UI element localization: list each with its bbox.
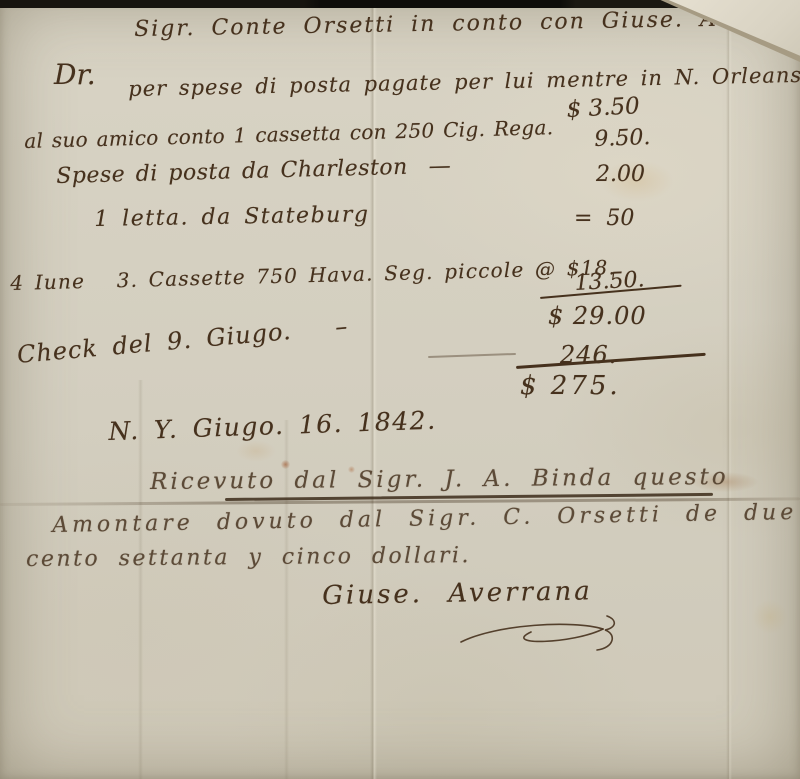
receipt-line: cento settanta y cinco dollari. <box>26 544 471 572</box>
vertical-fold-crease <box>370 0 377 779</box>
entry-amount: $ 3.50 <box>566 94 640 123</box>
vertical-fold-crease <box>726 0 732 779</box>
entry-description: Spese di posta da Charleston — <box>56 155 452 190</box>
signature: Giuse. Averrana <box>322 577 593 610</box>
entry-description: per spese di posta pagate per lui mentre… <box>128 64 800 101</box>
signature-flourish <box>455 612 630 660</box>
receipt-line: Ricevuto dal Sigr. J. A. Binda questo <box>150 465 729 495</box>
paper-stain <box>236 440 276 462</box>
entry-description: 1 letta. da Stateburg <box>94 203 370 232</box>
date-line: N. Y. Giugo. 16. 1842. <box>108 407 437 446</box>
receipt-line: Amontare dovuto dal Sigr. C. Orsetti de … <box>52 501 797 538</box>
document-page: Sigr. Conte Orsetti in conto con Giuse. … <box>0 0 800 779</box>
entry-amount: 9.50. <box>594 126 651 152</box>
entry-description: al suo amico conto 1 cassetta con 250 Ci… <box>24 116 554 152</box>
entry-amount: 2.00 <box>596 163 645 187</box>
entry-description: 4 Iune 3. Cassette 750 Hava. Seg. piccol… <box>10 256 616 294</box>
check-description: Check del 9. Giugo. – <box>16 313 349 368</box>
debit-abbreviation: Dr. <box>54 60 96 91</box>
total-amount: $ 275. <box>520 372 621 401</box>
faint-rule <box>428 353 516 358</box>
entry-amount: = 50 <box>574 207 634 231</box>
paper-stain <box>752 600 788 634</box>
subtotal-amount: $ 29.00 <box>548 303 647 329</box>
